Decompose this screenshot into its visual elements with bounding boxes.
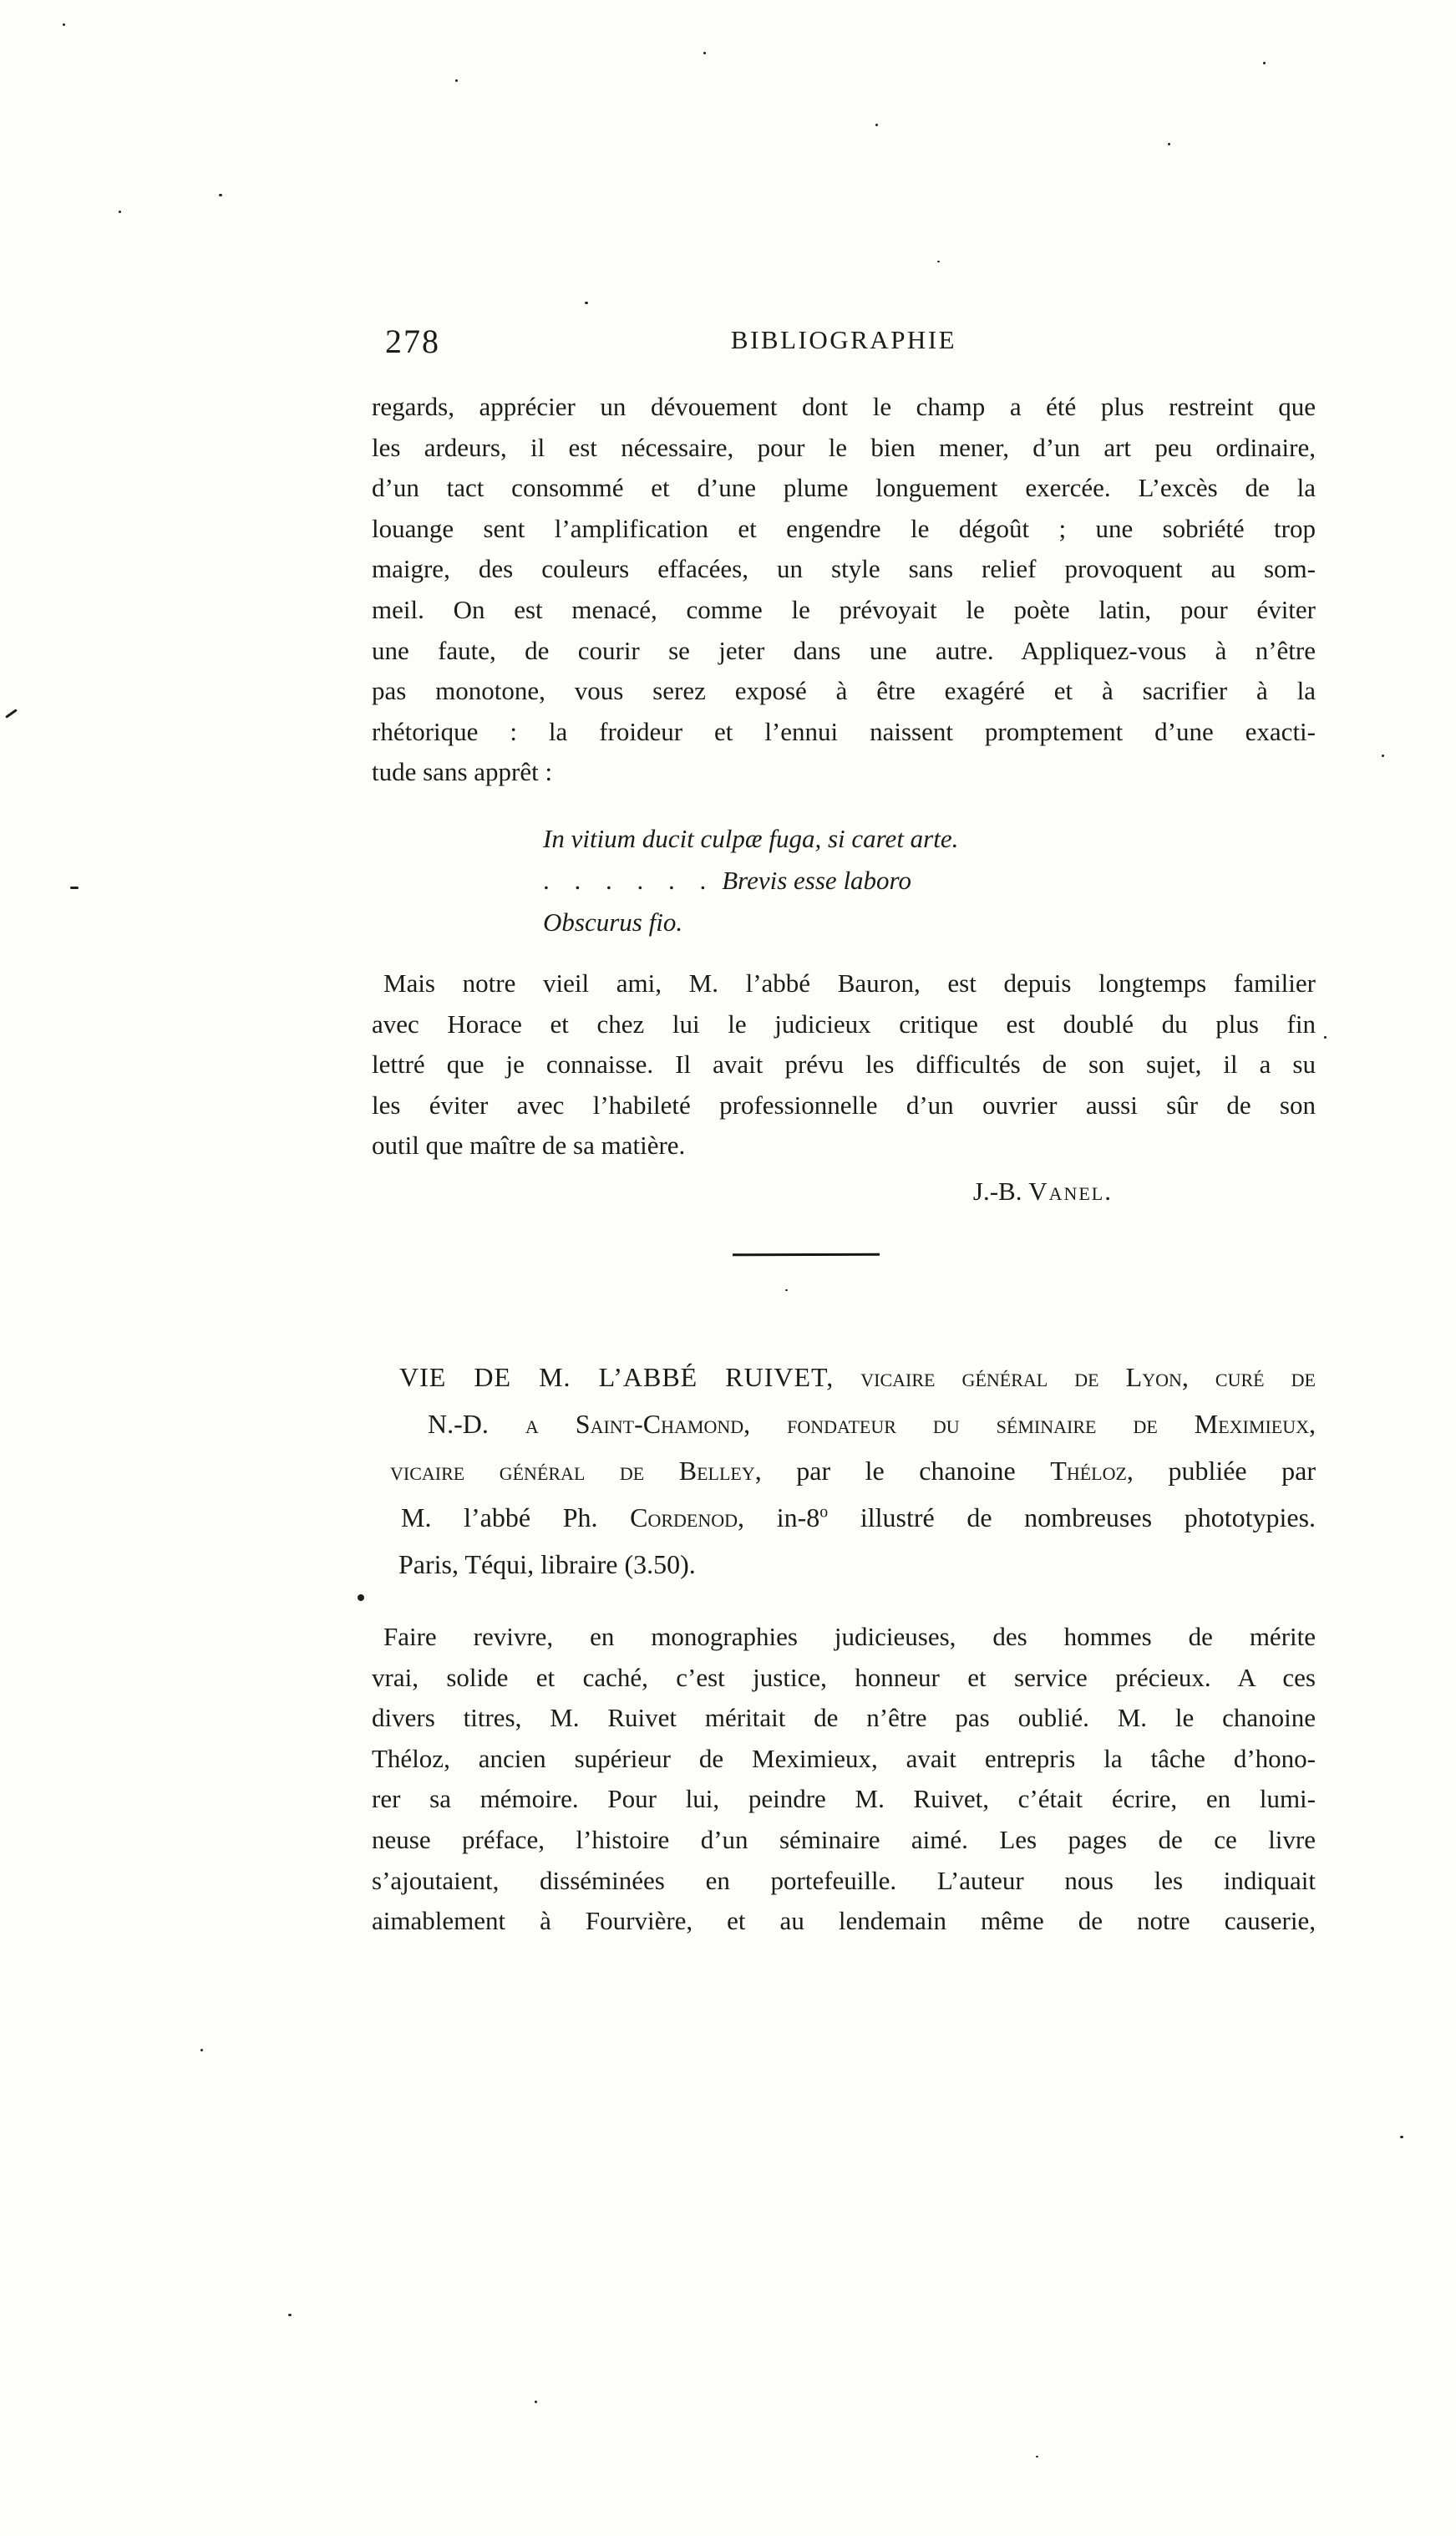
verse-text: Brevis esse laboro bbox=[722, 866, 911, 895]
heading-text: illustré de nombreuses phototypies. bbox=[828, 1502, 1316, 1532]
text-line: Faire revivre, en monographies judicieus… bbox=[372, 1617, 1316, 1658]
text-line: outil que maître de sa matière. bbox=[372, 1126, 1316, 1166]
scan-speckle bbox=[288, 2314, 292, 2316]
running-title: BIBLIOGRAPHIE bbox=[731, 325, 956, 355]
text-line: Mais notre vieil ami, M. l’abbé Bauron, … bbox=[372, 963, 1316, 1004]
scan-speckle bbox=[535, 2401, 537, 2403]
heading-text: par le chanoine bbox=[762, 1456, 1051, 1486]
author-signature: J.-B. Vanel. bbox=[372, 1177, 1316, 1207]
scan-speckle bbox=[119, 211, 121, 213]
signature-name: Vanel bbox=[1028, 1177, 1104, 1206]
scan-speckle bbox=[875, 124, 878, 126]
page-number: 278 bbox=[385, 322, 440, 361]
text-line: pas monotone, vous serez exposé à être e… bbox=[372, 671, 1316, 712]
text-line: divers titres, M. Ruivet méritait de n’ê… bbox=[372, 1698, 1316, 1739]
scan-speckle bbox=[358, 1594, 364, 1601]
paragraph-continuation: regards, apprécier un dévouement dont le… bbox=[372, 387, 1316, 793]
section-separator-rule bbox=[733, 1253, 880, 1256]
bibliographic-entry-heading: VIE DE M. L’ABBÉ RUIVET, vicaire général… bbox=[372, 1354, 1316, 1588]
scan-speckle bbox=[70, 887, 79, 889]
scan-speckle bbox=[1324, 1036, 1327, 1039]
verse-line: Obscurus fio. bbox=[543, 902, 1178, 943]
text-line: louange sent l’amplification et engendre… bbox=[372, 509, 1316, 550]
heading-text: , publiée par bbox=[1127, 1456, 1316, 1486]
scan-speckle bbox=[585, 302, 588, 304]
text-line: les éviter avec l’habileté professionnel… bbox=[372, 1085, 1316, 1126]
paragraph: Faire revivre, en monographies judicieus… bbox=[372, 1617, 1316, 1942]
scan-speckle bbox=[785, 1289, 788, 1291]
scan-speckle bbox=[937, 261, 940, 262]
text-line: vrai, solide et caché, c’est justice, ho… bbox=[372, 1658, 1316, 1699]
paragraph: Mais notre vieil ami, M. l’abbé Bauron, … bbox=[372, 963, 1316, 1166]
text-line: meil. On est menacé, comme le prévoyait … bbox=[372, 590, 1316, 631]
scan-speckle bbox=[1400, 2136, 1403, 2138]
signature-initials: J.-B. bbox=[973, 1177, 1028, 1206]
scan-speckle bbox=[1382, 755, 1384, 757]
scan-speckle bbox=[200, 2049, 203, 2051]
text-line: lettré que je connaisse. Il avait prévu … bbox=[372, 1044, 1316, 1085]
author-name: Théloz bbox=[1050, 1456, 1127, 1486]
title-subtitle: vicaire général de Lyon, curé de bbox=[834, 1362, 1316, 1392]
heading-line: Paris, Téqui, libraire (3.50). bbox=[372, 1541, 1316, 1588]
book-title: VIE DE M. L’ABBÉ RUIVET, bbox=[399, 1362, 834, 1392]
text-line: avec Horace et chez lui le judicieux cri… bbox=[372, 1004, 1316, 1045]
scan-speckle bbox=[1168, 143, 1170, 145]
text-line: d’un tact consommé et d’une plume longue… bbox=[372, 468, 1316, 509]
ellipsis-dots: . . . . . . bbox=[543, 866, 707, 895]
text-line: neuse préface, l’histoire d’un séminaire… bbox=[372, 1820, 1316, 1861]
heading-text: M. l’abbé Ph. bbox=[401, 1502, 630, 1532]
scan-speckle bbox=[63, 23, 65, 26]
text-line: Théloz, ancien supérieur de Meximieux, a… bbox=[372, 1739, 1316, 1780]
heading-line: N.-D. a Saint-Chamond, fondateur du sémi… bbox=[372, 1400, 1316, 1447]
ordinal-superscript: o bbox=[819, 1502, 828, 1521]
running-head: 278 BIBLIOGRAPHIE bbox=[372, 320, 1316, 363]
scan-speckle bbox=[5, 709, 18, 719]
scanned-book-page: 278 BIBLIOGRAPHIE regards, apprécier un … bbox=[0, 0, 1456, 2536]
heading-line: M. l’abbé Ph. Cordenod, in-8o illustré d… bbox=[372, 1494, 1316, 1541]
signature-period: . bbox=[1104, 1177, 1111, 1206]
text-line: une faute, de courir se jeter dans une a… bbox=[372, 631, 1316, 672]
scan-speckle bbox=[1036, 2456, 1038, 2457]
latin-verse-quote: In vitium ducit culpæ fuga, si caret art… bbox=[543, 818, 1178, 943]
text-line: regards, apprécier un dévouement dont le… bbox=[372, 387, 1316, 428]
heading-line: vicaire général de Belley, par le chanoi… bbox=[372, 1447, 1316, 1494]
heading-text: , in-8 bbox=[738, 1502, 819, 1532]
text-line: aimablement à Fourvière, et au lendemain… bbox=[372, 1901, 1316, 1942]
scan-speckle bbox=[219, 194, 222, 196]
text-line: rer sa mémoire. Pour lui, peindre M. Rui… bbox=[372, 1779, 1316, 1820]
scan-speckle bbox=[455, 79, 458, 82]
text-line: maigre, des couleurs effacées, un style … bbox=[372, 549, 1316, 590]
editor-name: Cordenod bbox=[630, 1502, 738, 1532]
text-line: tude sans apprêt : bbox=[372, 752, 1316, 793]
verse-line: In vitium ducit culpæ fuga, si caret art… bbox=[543, 818, 1178, 860]
scan-speckle bbox=[1263, 62, 1266, 64]
heading-line: VIE DE M. L’ABBÉ RUIVET, vicaire général… bbox=[372, 1354, 1316, 1400]
text-line: rhétorique : la froideur et l’ennui nais… bbox=[372, 712, 1316, 753]
verse-line: . . . . . .Brevis esse laboro bbox=[543, 860, 1178, 902]
text-line: les ardeurs, il est nécessaire, pour le … bbox=[372, 428, 1316, 469]
scan-speckle bbox=[703, 52, 706, 54]
title-subtitle: vicaire général de Belley, bbox=[390, 1456, 762, 1486]
text-line: s’ajoutaient, disséminées en portefeuill… bbox=[372, 1861, 1316, 1902]
